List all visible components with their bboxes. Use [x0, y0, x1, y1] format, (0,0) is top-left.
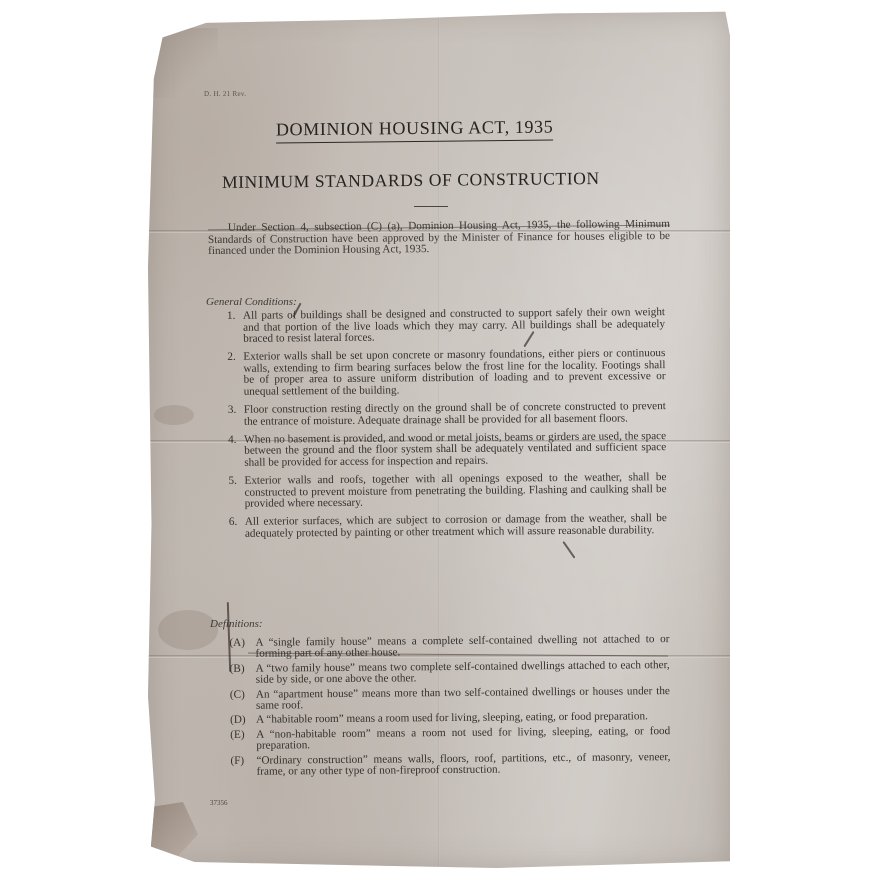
condition-number: 5. — [228, 476, 236, 488]
document-content: D. H. 21 Rev. DOMINION HOUSING ACT, 1935… — [148, 10, 730, 868]
definition-letter: (E) — [230, 730, 244, 742]
definitions-heading: Definitions: — [210, 618, 263, 630]
condition-item: 4. When no basement is provided, and woo… — [228, 431, 666, 470]
general-conditions-heading: General Conditions: — [206, 296, 297, 308]
condition-number: 4. — [228, 435, 236, 447]
condition-number: 6. — [229, 517, 237, 529]
condition-number: 1. — [227, 311, 235, 323]
definition-item: (C) An “apartment house” means more than… — [230, 686, 670, 713]
definition-letter: (F) — [230, 755, 244, 767]
title-divider — [414, 206, 448, 207]
main-title: MINIMUM STANDARDS OF CONSTRUCTION — [222, 168, 600, 193]
condition-item: 2. Exterior walls shall be set upon conc… — [227, 348, 665, 398]
condition-text: All parts of buildings shall be designed… — [243, 306, 665, 345]
condition-number: 2. — [227, 352, 235, 364]
condition-number: 3. — [228, 405, 236, 417]
condition-item: 5. Exterior walls and roofs, together wi… — [228, 472, 666, 511]
definition-text: A “two family house” means two complete … — [256, 659, 670, 686]
act-title: DOMINION HOUSING ACT, 1935 — [276, 117, 554, 144]
definition-text: A “habitable room” means a room used for… — [256, 711, 648, 726]
definition-text: “Ordinary construction” means walls, flo… — [256, 751, 670, 778]
condition-item: 1. All parts of buildings shall be desig… — [227, 307, 665, 346]
aged-paper-sheet: D. H. 21 Rev. DOMINION HOUSING ACT, 1935… — [148, 10, 730, 868]
definition-text: An “apartment house” means more than two… — [256, 685, 670, 712]
condition-item: 6. All exterior surfaces, which are subj… — [229, 513, 667, 540]
definition-item: (D) A “habitable room” means a room used… — [230, 712, 670, 727]
condition-text: Exterior walls shall be set upon concret… — [243, 347, 665, 397]
definition-item: (B) A “two family house” means two compl… — [230, 660, 670, 687]
photo-stage: D. H. 21 Rev. DOMINION HOUSING ACT, 1935… — [0, 0, 878, 878]
condition-text: Floor construction resting directly on t… — [244, 400, 666, 427]
condition-text: Exterior walls and roofs, together with … — [244, 471, 666, 510]
definition-letter: (A) — [229, 638, 245, 650]
definition-text: A “non-habitable room” means a room not … — [256, 725, 670, 752]
definition-item: (F) “Ordinary construction” means walls,… — [230, 752, 670, 779]
condition-item: 3. Floor construction resting directly o… — [228, 401, 666, 428]
definition-item: (E) A “non-habitable room” means a room … — [230, 726, 670, 753]
definitions-list: (A) A “single family house” means a comp… — [229, 634, 670, 781]
print-number: 37356 — [210, 799, 228, 807]
condition-text: When no basement is provided, and wood o… — [244, 430, 666, 469]
definition-letter: (C) — [230, 689, 245, 701]
general-conditions-list: 1. All parts of buildings shall be desig… — [227, 307, 667, 547]
condition-text: All exterior surfaces, which are subject… — [245, 512, 667, 539]
definition-item: (A) A “single family house” means a comp… — [229, 634, 669, 661]
definition-letter: (B) — [230, 664, 245, 676]
definition-letter: (D) — [230, 715, 246, 727]
form-code: D. H. 21 Rev. — [204, 90, 246, 98]
